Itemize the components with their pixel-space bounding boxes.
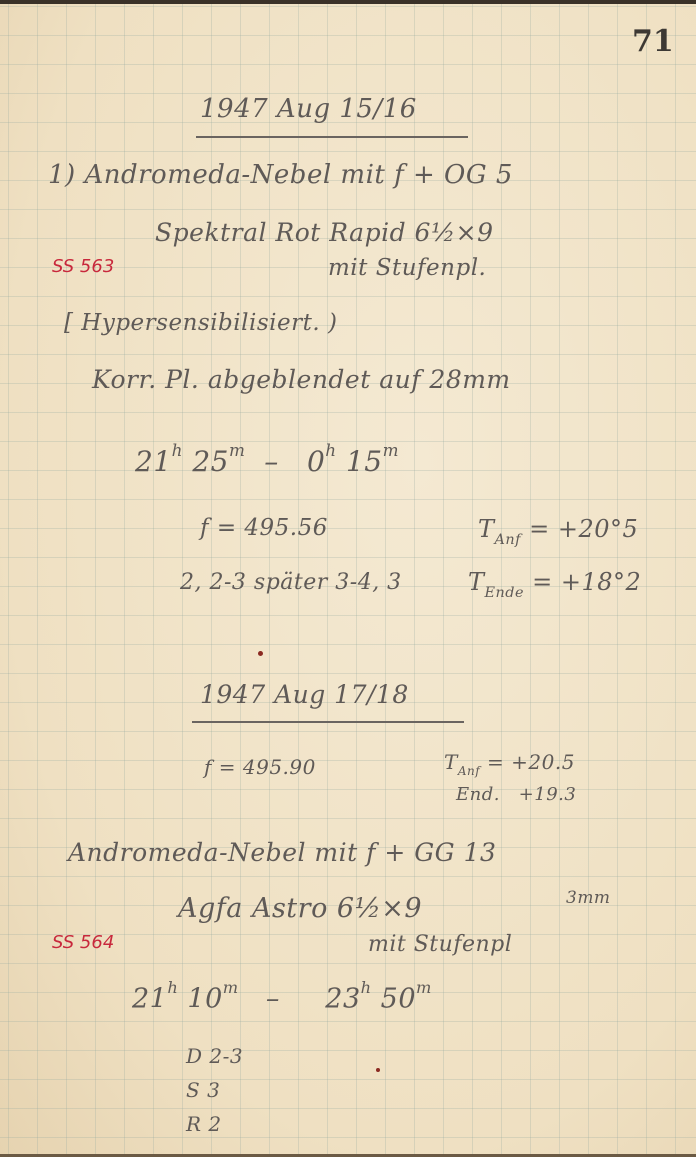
entry-2-plate: Agfa Astro 6½×9 xyxy=(178,893,422,924)
entry-1-exposure-end-m: 15 xyxy=(346,445,383,478)
entry-2-exposure-end-m: 50 xyxy=(381,984,416,1015)
temp-value: = +20.5 xyxy=(487,750,575,774)
entry-1-date: 1947 Aug 15/16 xyxy=(200,94,417,124)
entry-2-rating-r: R 2 xyxy=(186,1112,222,1136)
temp-label: End. xyxy=(456,784,500,805)
entry-2-rating-d: D 2-3 xyxy=(186,1044,243,1068)
entry-1-object-line: 1) Andromeda-Nebel mit f + OG 5 xyxy=(48,160,513,190)
entry-2-exposure-start-m: 10 xyxy=(187,984,222,1015)
rating-value: 2-3 xyxy=(209,1044,243,1068)
entry-1-exposure-start-m: 25 xyxy=(192,445,229,478)
temp-label: T xyxy=(478,515,495,543)
entry-1-exposure-end-h: 0 xyxy=(307,445,325,478)
rating-key: S xyxy=(186,1078,200,1102)
entry-1-plate: Spektral Rot Rapid 6½×9 xyxy=(155,218,494,247)
ink-spot xyxy=(258,651,263,656)
entry-2-object-line: Andromeda-Nebel mit f + GG 13 xyxy=(68,838,496,867)
rating-value: 3 xyxy=(207,1078,220,1102)
temp-value: = +18°2 xyxy=(532,568,641,596)
ink-spot xyxy=(376,1068,380,1072)
temp-label: T xyxy=(468,568,485,596)
entry-1-seeing: 2, 2-3 später 3-4, 3 xyxy=(180,570,402,595)
rating-key: D xyxy=(186,1044,203,1068)
entry-2-exposure: 21h 10m – 23h 50m xyxy=(132,978,432,1015)
entry-2-temp-end: End. +19.3 xyxy=(456,784,576,805)
entry-1-plate-id: SS 563 xyxy=(52,256,114,277)
rating-key: R xyxy=(186,1112,202,1136)
entry-1-temp-start: TAnf = +20°5 xyxy=(478,515,638,548)
entry-1-corrector: Korr. Pl. abgeblendet auf 28mm xyxy=(92,365,511,394)
entry-1-date-underline xyxy=(196,136,468,138)
entry-2-temp-start: TAnf = +20.5 xyxy=(444,750,575,778)
temp-sub: Anf xyxy=(458,764,480,778)
entry-1-exposure: 21h 25m – 0h 15m xyxy=(135,440,399,478)
temp-value: = +20°5 xyxy=(529,515,638,543)
entry-2-plate-id: SS 564 xyxy=(52,932,114,953)
rating-value: 2 xyxy=(208,1112,221,1136)
entry-2-rating-s: S 3 xyxy=(186,1078,220,1102)
page-top-edge xyxy=(0,0,696,4)
entry-1-focus: f = 495.56 xyxy=(200,515,328,541)
temp-value: +19.3 xyxy=(519,784,577,805)
entry-1-treatment: [ Hypersensibilisiert. ) xyxy=(64,310,337,336)
temp-label: T xyxy=(444,750,458,774)
entry-2-date: 1947 Aug 17/18 xyxy=(200,680,409,709)
entry-2-exposure-end-h: 23 xyxy=(325,984,360,1015)
entry-2-plate-note: mit Stufenpl xyxy=(368,932,512,957)
temp-sub: Ende xyxy=(485,585,525,601)
entry-1-temp-end: TEnde = +18°2 xyxy=(468,568,641,601)
entry-2-focus: f = 495.90 xyxy=(204,755,316,779)
entry-2-date-underline xyxy=(192,721,464,723)
temp-sub: Anf xyxy=(495,532,522,548)
entry-1-exposure-start-h: 21 xyxy=(135,445,172,478)
entry-1-plate-note: mit Stufenpl. xyxy=(328,255,486,281)
page-number: 71 xyxy=(632,24,674,59)
entry-2-exposure-start-h: 21 xyxy=(132,984,167,1015)
entry-2-filter-note: 3mm xyxy=(566,888,611,908)
